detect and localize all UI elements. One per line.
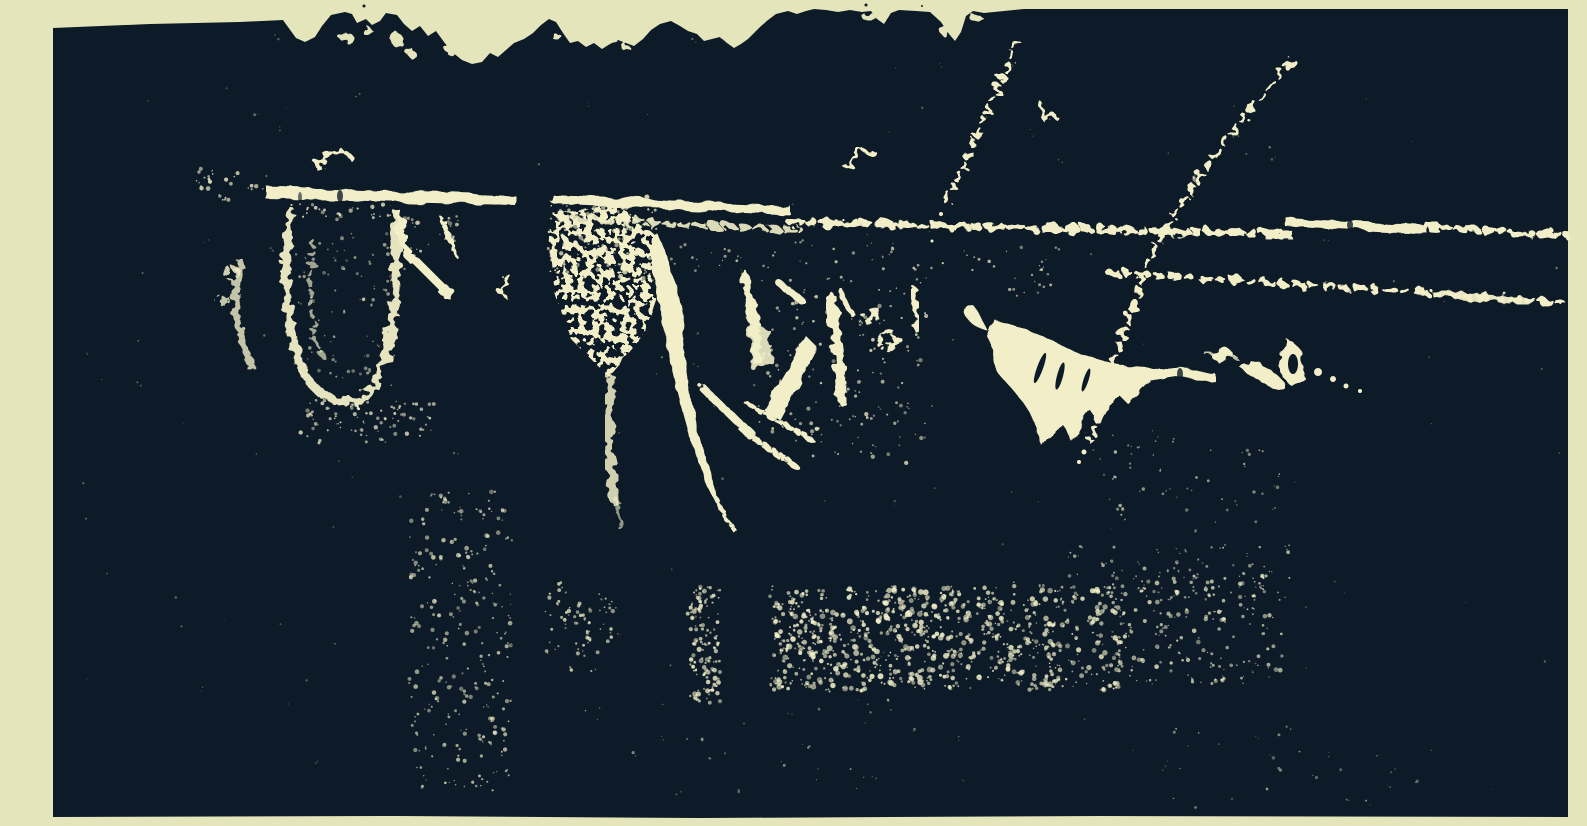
photograph (0, 0, 1587, 826)
halftone-photo-print (0, 0, 1587, 826)
